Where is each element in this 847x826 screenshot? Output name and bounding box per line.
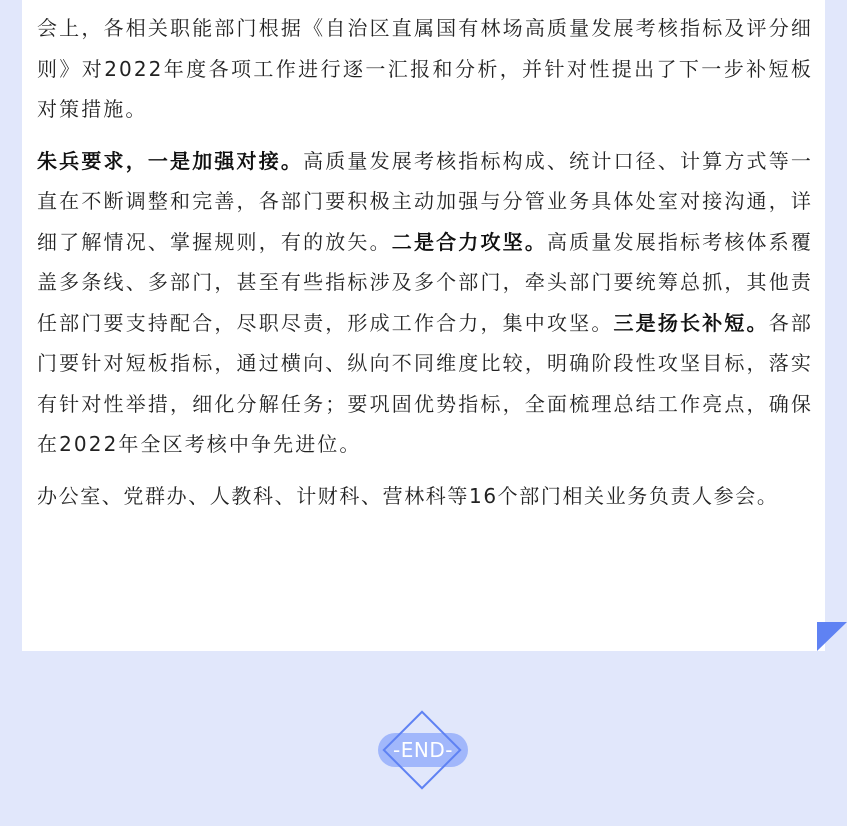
- end-badge: -END-: [376, 704, 470, 798]
- paragraph-requirements: 朱兵要求，一是加强对接。高质量发展考核指标构成、统计口径、计算方式等一直在不断调…: [37, 141, 813, 465]
- highlight-joint-effort: 二是合力攻坚。: [392, 230, 547, 254]
- corner-fold-triangle-icon: [817, 622, 847, 651]
- paragraph-meeting-report: 会上，各相关职能部门根据《自治区直属国有林场高质量发展考核指标及评分细则》对20…: [37, 8, 813, 130]
- highlight-strengthen-docking: 朱兵要求，一是加强对接。: [37, 149, 303, 173]
- article-body: 会上，各相关职能部门根据《自治区直属国有林场高质量发展考核指标及评分细则》对20…: [37, 8, 813, 527]
- highlight-strengths-weaknesses: 三是扬长补短。: [614, 311, 769, 335]
- end-label: -END-: [376, 733, 470, 767]
- article-card: 会上，各相关职能部门根据《自治区直属国有林场高质量发展考核指标及评分细则》对20…: [22, 0, 825, 651]
- paragraph-attendees: 办公室、党群办、人教科、计财科、营林科等16个部门相关业务负责人参会。: [37, 476, 813, 517]
